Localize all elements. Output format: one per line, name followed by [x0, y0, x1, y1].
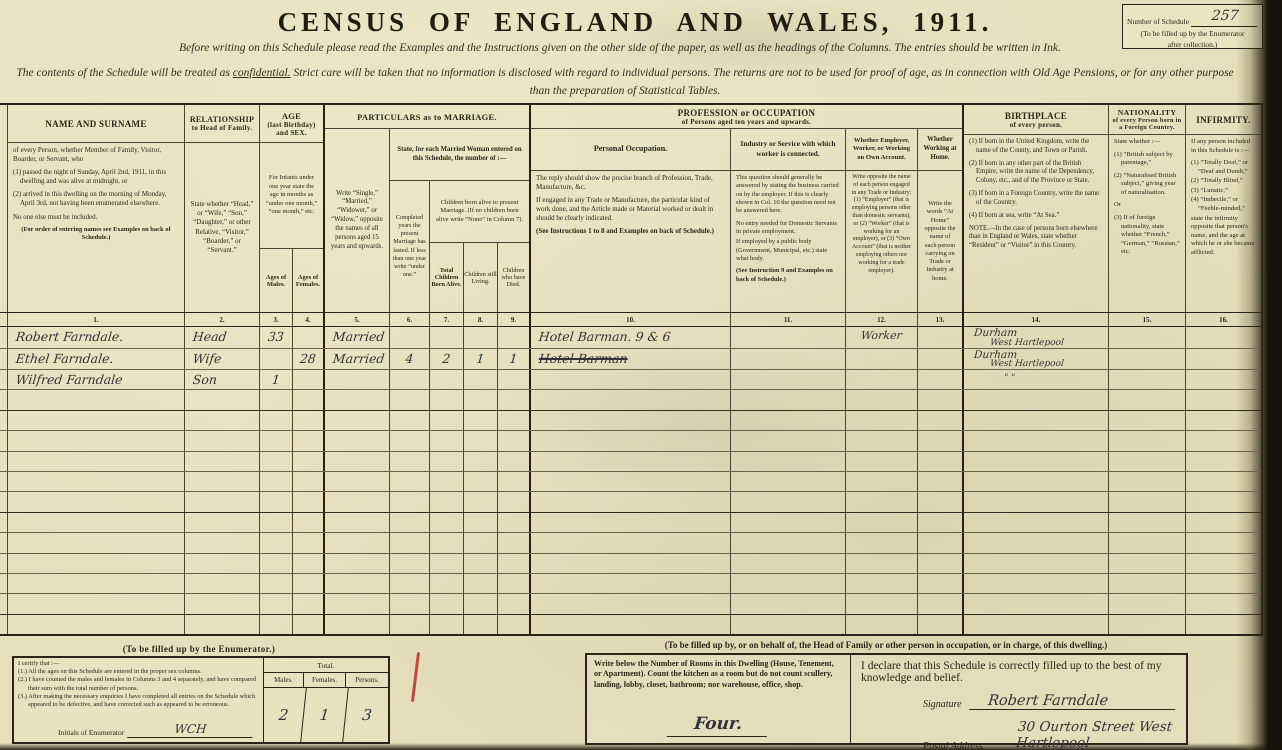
persons-label: Persons.	[346, 673, 388, 687]
cell-occupation-struck: Hotel Barman	[530, 349, 731, 366]
infirmity-desc-4: (3) “Lunatic,”	[1191, 187, 1256, 196]
col-marriage-title: PARTICULARS as to MARRIAGE.	[325, 105, 529, 129]
col-number-6: 6.	[390, 313, 430, 326]
col-relationship-desc: State whether “Head,” or “Wife,” “Son,” …	[185, 143, 259, 312]
table-row-empty	[0, 472, 1261, 492]
table-row-empty	[0, 533, 1261, 553]
personal-occupation-title: Personal Occupation.	[531, 129, 730, 171]
postal-address-label: Postal Address	[923, 741, 983, 750]
cell-name: Wilfred Farndale	[7, 370, 185, 387]
birthplace-desc-1: (1) If born in the United Kingdom, write…	[969, 138, 1103, 156]
col-birthplace-title: BIRTHPLACE of every person.	[964, 105, 1108, 135]
table-row-empty	[0, 492, 1261, 512]
cell-employment: Worker	[845, 327, 918, 342]
cell-relationship: Son	[184, 370, 260, 387]
females-total: 1	[301, 688, 349, 742]
personal-occupation-desc-1: The reply should show the precise branch…	[536, 174, 725, 192]
rooms-value: Four.	[667, 713, 770, 737]
col-number-5: 5.	[325, 313, 390, 326]
schedule-number-value: 257	[1191, 8, 1259, 27]
col-marriage-right: State, for each Married Woman entered on…	[390, 129, 529, 312]
initials-value: WCH	[127, 722, 253, 738]
col-infirmity-header: INFIRMITY. If any person included in thi…	[1186, 105, 1261, 312]
table-row-1: Robert Farndale. Head 33 Married Hotel B…	[0, 327, 1261, 349]
col-infirmity-title: INFIRMITY.	[1186, 105, 1261, 135]
col-number-10: 10.	[531, 313, 731, 326]
col-number-4: 4.	[293, 313, 325, 326]
cell-relationship: Wife	[184, 349, 260, 366]
infirmity-desc-6: state the infirmity opposite that person…	[1191, 215, 1256, 258]
col-name-title: NAME AND SURNAME	[8, 105, 184, 143]
nationality-desc-5: (3) If of foreign nationality, state whe…	[1114, 214, 1180, 257]
cell-name: Robert Farndale.	[7, 327, 185, 344]
rooms-section: Write below the Number of Rooms in this …	[587, 655, 851, 743]
col-marriage-lower: Completed years the present Marriage has…	[390, 181, 529, 312]
cell-age-males: 33	[259, 327, 293, 344]
nationality-desc-3: (2) “Naturalised British subject,” givin…	[1114, 172, 1180, 198]
enumerator-heading: (To be filled up by the Enumerator.)	[8, 644, 390, 654]
declaration-heading: (To be filled up by, or on behalf of, th…	[580, 640, 1192, 650]
enumerator-box: I certify that :— (1.) All the ages on t…	[12, 656, 390, 744]
col-profession-title: PROFESSION or OCCUPATION of Persons aged…	[531, 105, 962, 129]
col-number-12: 12.	[846, 313, 918, 326]
schedule-number-box: Number of Schedule 257 (To be filled up …	[1122, 4, 1263, 49]
declaration-text: I declare that this Schedule is correctl…	[861, 660, 1162, 684]
col-personal-occupation: Personal Occupation. The reply should sh…	[531, 129, 731, 312]
col-number-3: 3.	[260, 313, 293, 326]
infirmity-desc-2: (1) “Totally Deaf,” or “Deaf and Dumb,”	[1191, 159, 1256, 176]
infirmity-desc-3: (2) “Totally Blind,”	[1191, 177, 1256, 186]
col-children-born: Total Children Born Alive.	[430, 243, 464, 312]
rooms-instructions: Write below the Number of Rooms in this …	[594, 659, 843, 690]
infirmity-desc-1: If any person included in this Schedule …	[1191, 138, 1256, 155]
personal-occupation-desc-2: If engaged in any Trade or Manufacture, …	[536, 196, 725, 223]
col-age-title: AGE (last Birthday) and SEX.	[260, 105, 323, 143]
table-row-empty	[0, 390, 1261, 410]
cell-birthplace-line2: West Hartlepool	[964, 339, 1109, 348]
table-row-empty	[0, 452, 1261, 472]
cell-marriage: Married	[324, 327, 390, 344]
industry-desc-2: No entry needed for Domestic Servants in…	[736, 220, 840, 237]
cell-birthplace-ditto: " "	[963, 370, 1108, 383]
table-row-empty	[0, 554, 1261, 574]
cell-age-females: 28	[292, 349, 324, 366]
certify-intro: I certify that :—	[18, 660, 259, 668]
birthplace-desc-2: (2) If born in any other part of the Bri…	[969, 160, 1103, 186]
table-body: Robert Farndale. Head 33 Married Hotel B…	[0, 327, 1261, 634]
col-profession-header: PROFESSION or OCCUPATION of Persons aged…	[531, 105, 964, 312]
males-total: 2	[261, 688, 307, 742]
col-children-living: Children still Living.	[464, 243, 498, 312]
page-title: CENSUS OF ENGLAND AND WALES, 1911.	[0, 7, 1270, 38]
signature-label: Signature	[923, 699, 962, 710]
cell-children-died: 1	[497, 349, 530, 366]
col-nationality-header: NATIONALITY of every Person born in a Fo…	[1109, 105, 1186, 312]
birthplace-desc-4: (4) If born at sea, write “At Sea.”	[969, 212, 1103, 221]
col-number-2: 2.	[185, 313, 260, 326]
total-label: Total.	[264, 658, 388, 673]
employer-worker-desc: Write opposite the name of each person e…	[846, 171, 917, 312]
cell-birthplace-line1: Durham	[963, 327, 1108, 339]
nationality-desc-1: State whether :—	[1114, 138, 1180, 147]
personal-occupation-desc: The reply should show the precise branch…	[531, 171, 730, 312]
col-nationality-title: NATIONALITY of every Person born in a Fo…	[1109, 105, 1185, 135]
col-name-header: NAME AND SURNAME of every Person, whethe…	[8, 105, 185, 312]
col-birthplace-desc: (1) If born in the United Kingdom, write…	[964, 135, 1108, 312]
table-row-2: Ethel Farndale. Wife 28 Married 4 2 1 1 …	[0, 349, 1261, 371]
schedule-number-label: Number of Schedule	[1127, 17, 1189, 26]
col-marriage-header: PARTICULARS as to MARRIAGE. Write “Singl…	[325, 105, 531, 312]
col-employer-worker: Whether Employer, Worker, or Working on …	[846, 129, 918, 312]
enumerator-totals: Total. Males. Females. Persons. 2 1 3	[264, 658, 388, 742]
col-number-16: 16.	[1186, 313, 1261, 326]
col-age-subheads: Ages of Males. Ages of Females.	[260, 248, 323, 312]
married-woman-note: State, for each Married Woman entered on…	[390, 129, 529, 181]
industry-title: Industry or Service with which worker is…	[731, 129, 845, 171]
cell-marriage: Married	[324, 349, 390, 366]
cell-occupation: Hotel Barman. 9 & 6	[530, 327, 731, 344]
confidential-line2: than the preparation of Statistical Tabl…	[530, 85, 721, 97]
col-number-14: 14.	[964, 313, 1109, 326]
industry-desc: This question should generally be answer…	[731, 171, 845, 312]
cell-name: Ethel Farndale.	[7, 349, 185, 366]
col-industry: Industry or Service with which worker is…	[731, 129, 846, 312]
col-number-13: 13.	[918, 313, 964, 326]
col-name-desc-3: (2) arrived in this dwelling on the morn…	[13, 190, 179, 208]
col-profession-body: Personal Occupation. The reply should sh…	[531, 129, 962, 312]
red-pen-mark	[411, 652, 420, 702]
children-block: Children born alive to present Marriage.…	[430, 181, 529, 312]
birthplace-desc-3: (3) If born in a Foreign Country, write …	[969, 190, 1103, 208]
col-name-desc-5: (For order of entering names see Example…	[13, 226, 179, 243]
working-at-home-title: Whether Working at Home.	[918, 129, 962, 171]
cell-age-males: 1	[259, 370, 293, 387]
table-row-empty	[0, 594, 1261, 614]
col-nationality-desc: State whether :— (1) “British subject by…	[1109, 135, 1185, 312]
cell-years-married: 4	[389, 349, 430, 366]
table-row-empty	[0, 513, 1261, 533]
table-row-empty	[0, 574, 1261, 594]
col-marital-status-desc: Write “Single,” “Married,” “Widower,” or…	[325, 129, 390, 312]
col-number-11: 11.	[731, 313, 846, 326]
nationality-desc-2: (1) “British subject by parentage,”	[1114, 151, 1180, 168]
census-schedule-scan: CENSUS OF ENGLAND AND WALES, 1911. Befor…	[0, 0, 1282, 750]
postal-address-value: 30 Ourton Street West Hartlepool	[989, 719, 1178, 750]
confidential-rest: Strict care will be taken that no inform…	[291, 67, 1234, 79]
table-header: NAME AND SURNAME of every Person, whethe…	[0, 105, 1261, 313]
signature-value: Robert Farndale	[969, 693, 1177, 710]
column-number-row: 1. 2. 3. 4. 5. 6. 7. 8. 9. 10. 11. 12. 1…	[0, 313, 1261, 327]
col-age-header: AGE (last Birthday) and SEX. For Infants…	[260, 105, 325, 312]
certify-item-3: (3.) After making the necessary enquirie…	[18, 693, 259, 709]
cell-birthplace-line2: West Hartlepool	[964, 360, 1109, 369]
col-name-desc-4: No one else must be included.	[13, 213, 179, 222]
col-number-7: 7.	[430, 313, 464, 326]
cell-children-living: 1	[463, 349, 498, 366]
col-marriage-body: Write “Single,” “Married,” “Widower,” or…	[325, 129, 529, 312]
certify-item-1: (1.) All the ages on this Schedule are e…	[18, 668, 259, 676]
males-label: Males.	[264, 673, 304, 687]
row-number-stub	[0, 105, 8, 312]
confidential-word: confidential.	[233, 67, 291, 79]
confidential-note: The contents of the Schedule will be tre…	[0, 64, 1250, 101]
subtitle-instructions: Before writing on this Schedule please r…	[20, 42, 1220, 54]
nationality-desc-4: Or	[1114, 201, 1180, 210]
schedule-note-1: (To be filled up by the Enumerator	[1127, 29, 1258, 38]
cell-children-born: 2	[429, 349, 464, 366]
col-ages-males: Ages of Males.	[260, 249, 293, 312]
col-number-8: 8.	[464, 313, 498, 326]
table-row-empty	[0, 411, 1261, 431]
industry-desc-3: If employed by a public body (Government…	[736, 238, 840, 263]
confidential-prefix: The contents of the Schedule will be tre…	[16, 67, 232, 79]
col-relationship-title: RELATIONSHIP to Head of Family.	[185, 105, 259, 143]
col-infirmity-desc: If any person included in this Schedule …	[1186, 135, 1261, 312]
infirmity-desc-5: (4) “Imbecile,” or “Feeble-minded,”	[1191, 196, 1256, 213]
col-name-desc-1: of every Person, whether Member of Famil…	[13, 146, 179, 164]
declaration-statement: I declare that this Schedule is correctl…	[851, 655, 1186, 743]
footer: (To be filled up by the Enumerator.) I c…	[0, 632, 1282, 750]
col-number-1: 1.	[8, 313, 185, 326]
personal-occupation-desc-3: (See Instructions 1 to 8 and Examples on…	[536, 227, 725, 236]
col-years-married-desc: Completed years the present Marriage has…	[390, 181, 430, 312]
industry-desc-1: This question should generally be answer…	[736, 174, 840, 216]
col-number-15: 15.	[1109, 313, 1186, 326]
census-table: NAME AND SURNAME of every Person, whethe…	[0, 103, 1263, 636]
col-relationship-header: RELATIONSHIP to Head of Family. State wh…	[185, 105, 260, 312]
col-children-died: Children who have Died.	[498, 243, 529, 312]
table-row-3: Wilfred Farndale Son 1 " "	[0, 370, 1261, 390]
industry-desc-4: (See Instruction 9 and Examples on back …	[736, 267, 840, 284]
col-number-9: 9.	[498, 313, 531, 326]
col-working-at-home: Whether Working at Home. Write the words…	[918, 129, 962, 312]
persons-total: 3	[343, 688, 391, 742]
certify-item-2: (2.) I have counted the males and female…	[18, 676, 259, 692]
col-age-desc: For Infants under one year state the age…	[260, 143, 323, 248]
col-name-desc: of every Person, whether Member of Famil…	[8, 143, 184, 312]
employer-worker-title: Whether Employer, Worker, or Working on …	[846, 129, 917, 171]
col-ages-females: Ages of Females.	[293, 249, 323, 312]
table-row-empty	[0, 431, 1261, 451]
initials-label: Initials of Enumerator	[58, 728, 124, 738]
declaration-box: Write below the Number of Rooms in this …	[585, 653, 1188, 745]
col-birthplace-header: BIRTHPLACE of every person. (1) If born …	[964, 105, 1109, 312]
children-note: Children born alive to present Marriage.…	[430, 181, 529, 243]
cell-relationship: Head	[184, 327, 260, 344]
birthplace-note: NOTE.—In the case of persons born elsewh…	[969, 225, 1103, 251]
females-label: Females.	[304, 673, 346, 687]
enumerator-certification: I certify that :— (1.) All the ages on t…	[14, 658, 264, 742]
schedule-note-2: after collection.)	[1127, 40, 1258, 49]
working-at-home-desc: Write the words “At Home” opposite the n…	[918, 171, 962, 312]
children-subheads: Total Children Born Alive. Children stil…	[430, 243, 529, 312]
col-name-desc-2: (1) passed the night of Sunday, April 2n…	[13, 168, 179, 186]
